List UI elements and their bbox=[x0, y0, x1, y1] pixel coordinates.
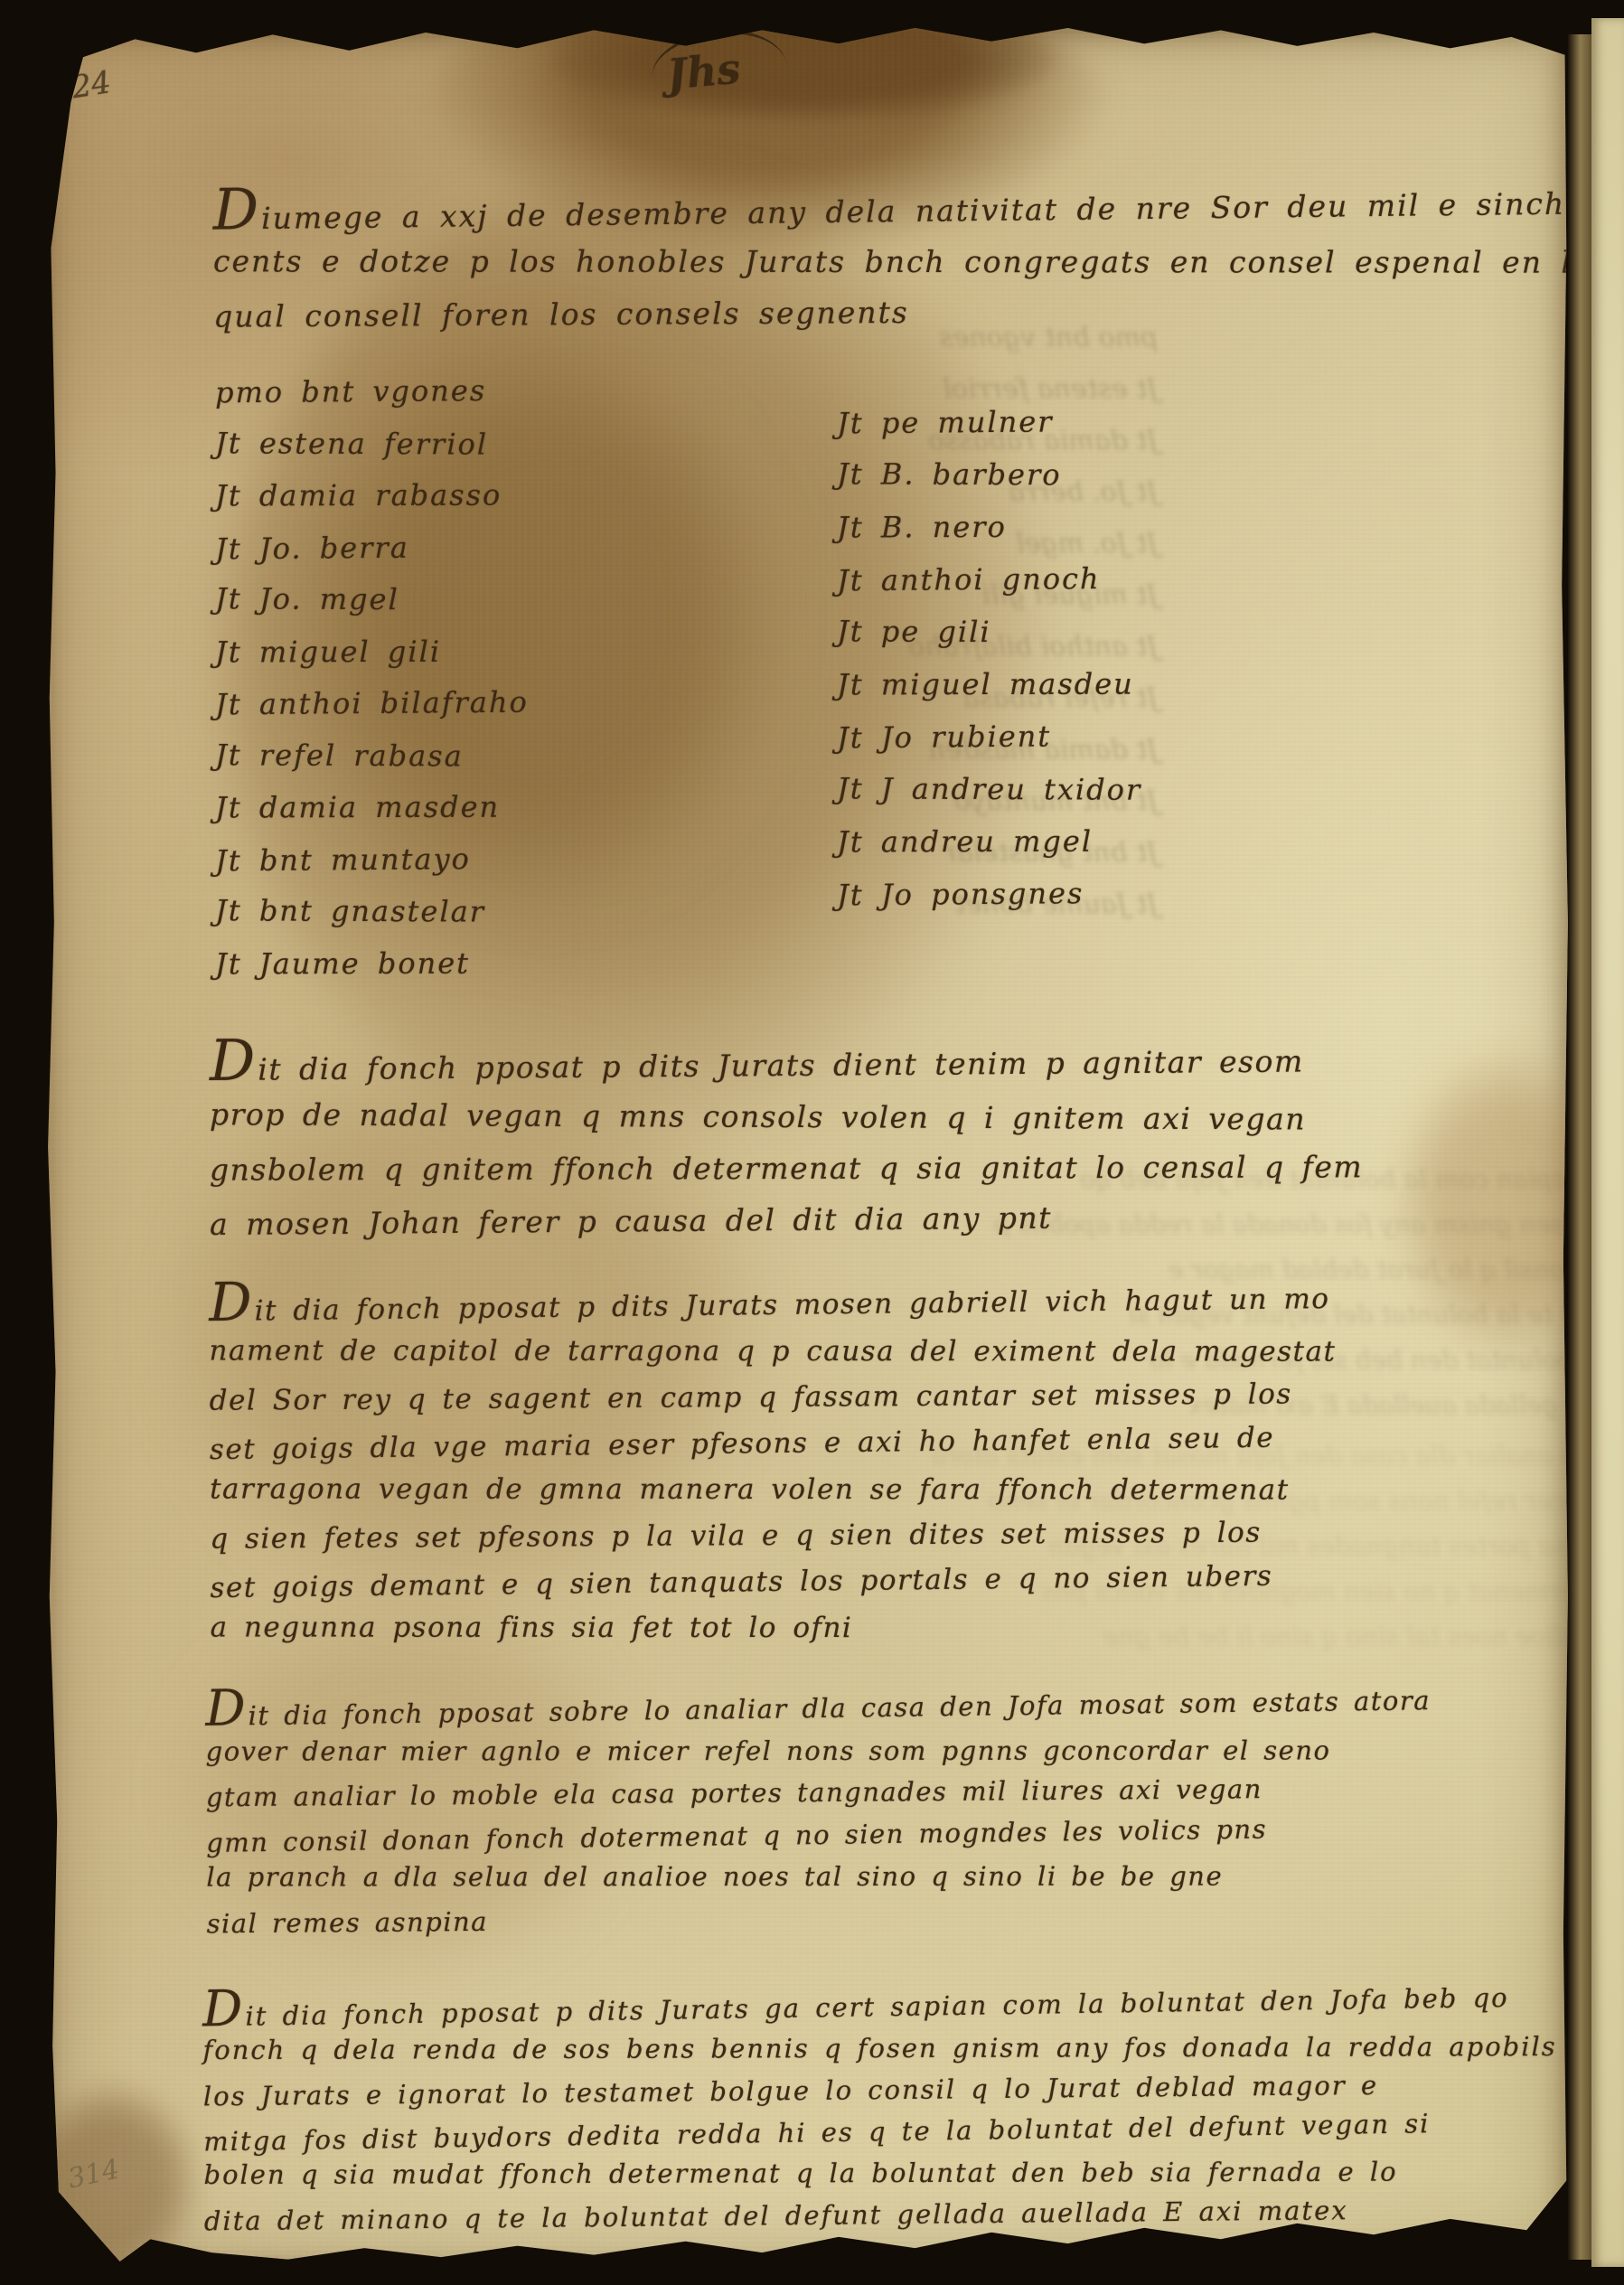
manuscript-photo: pmo bnt vgonesJt estena ferriolJt damia … bbox=[0, 0, 1624, 2285]
paragraph-censal: Dit dia fonch pposat p dits Jurats dient… bbox=[210, 1039, 1363, 1246]
text-line: Dit dia fonch pposat p dits Jurats dient… bbox=[210, 1035, 1364, 1095]
ihs-monogram: Jhs bbox=[665, 44, 743, 99]
text-line: prop de nadal vegan q mns consols volen … bbox=[210, 1088, 1363, 1145]
text-line: Jt anthoi gnoch bbox=[837, 552, 1142, 607]
councillors-left-column: pmo bnt vgonesJt estena ferriolJt damia … bbox=[215, 366, 529, 990]
text-line: a mosen Johan ferer p causa del dit dia … bbox=[210, 1190, 1364, 1250]
text-line: Jt B. barbero bbox=[837, 447, 1141, 501]
paragraph-voluntat: Dit dia fonch pposat p dits Jurats ga ce… bbox=[202, 1980, 1591, 2241]
text-line: qual consell foren los consels segnents bbox=[213, 283, 1592, 342]
text-line: Jt B. nero bbox=[837, 501, 1141, 554]
pencil-number: 314 bbox=[65, 2153, 122, 2195]
text-line: cents e dotze p los honobles Jurats bnch… bbox=[213, 236, 1592, 287]
text-line: dita det minano q te la boluntat del def… bbox=[204, 2187, 1591, 2243]
text-line: Jt refel rabasa bbox=[215, 729, 529, 783]
water-stain-top-edge bbox=[549, 0, 1056, 123]
text-line: Jt bnt gnastelar bbox=[215, 885, 529, 938]
text-line: Jt miguel gili bbox=[215, 625, 529, 678]
text-line: Jt pe gili bbox=[837, 605, 1141, 658]
text-line: tarragona vegan de gmna manera volen se … bbox=[210, 1466, 1337, 1513]
header-paragraph: Diumege a xxj de desembre any dela nativ… bbox=[213, 183, 1592, 340]
manuscript-page: pmo bnt vgonesJt estena ferriolJt damia … bbox=[43, 24, 1572, 2271]
text-line: nament de capitol de tarragona q p causa… bbox=[210, 1328, 1337, 1375]
text-line: Jt andreu mgel bbox=[837, 815, 1141, 869]
text-line: Jt Jo. berra bbox=[215, 521, 529, 575]
text-line: la pranch a dla selua del analioe noes t… bbox=[206, 1855, 1432, 1898]
text-line: Jt Jo. mgel bbox=[215, 573, 529, 626]
text-line: Jt anthoi bilafraho bbox=[215, 677, 529, 731]
text-line: sial remes asnpina bbox=[206, 1893, 1432, 1944]
text-line: Diumege a xxj de desembre any dela nativ… bbox=[213, 178, 1592, 244]
text-line: set goigs demant e q sien tanquats los p… bbox=[210, 1553, 1337, 1612]
text-line: set goigs dla vge maria eser pfesons e a… bbox=[210, 1415, 1337, 1473]
text-line: pmo bnt vgones bbox=[215, 365, 529, 419]
text-line: Jt pe mulner bbox=[837, 395, 1142, 450]
text-line: Jt J andreu txidor bbox=[837, 762, 1141, 815]
text-line: a negunna psona fins sia fet tot lo ofni bbox=[211, 1604, 1338, 1651]
next-page-edge bbox=[1591, 18, 1624, 2267]
text-line: Jt bnt muntayo bbox=[215, 832, 529, 887]
paragraph-processons: Dit dia fonch pposat p dits Jurats mosen… bbox=[209, 1280, 1337, 1653]
paragraph-casa: Dit dia fonch pposat sobre lo analiar dl… bbox=[205, 1683, 1432, 1942]
text-line: Jt Jo ponsgnes bbox=[837, 867, 1142, 922]
text-line: Jt Jaume bonet bbox=[215, 937, 529, 990]
councillors-right-column: Jt pe mulnerJt B. barberoJt B. neroJt an… bbox=[837, 396, 1141, 920]
text-line: Dit dia fonch pposat sobre lo analiar dl… bbox=[205, 1678, 1431, 1737]
text-line: Dit dia fonch pposat p dits Jurats mosen… bbox=[209, 1275, 1336, 1335]
folio-number: 324 bbox=[50, 64, 113, 109]
text-line: gover denar mier agnlo e micer refel non… bbox=[206, 1729, 1432, 1773]
text-line: Jt damia masden bbox=[215, 782, 529, 834]
text-line: gnsbolem q gnitem ffonch determenat q si… bbox=[210, 1141, 1363, 1195]
text-line: Jt damia rabasso bbox=[215, 470, 529, 522]
text-line: Jt miguel masdeu bbox=[837, 658, 1141, 711]
text-line: Jt estena ferriol bbox=[215, 418, 529, 471]
ihs-monogram-text: Jhs bbox=[665, 44, 743, 99]
text-line: Jt Jo rubient bbox=[837, 710, 1142, 765]
